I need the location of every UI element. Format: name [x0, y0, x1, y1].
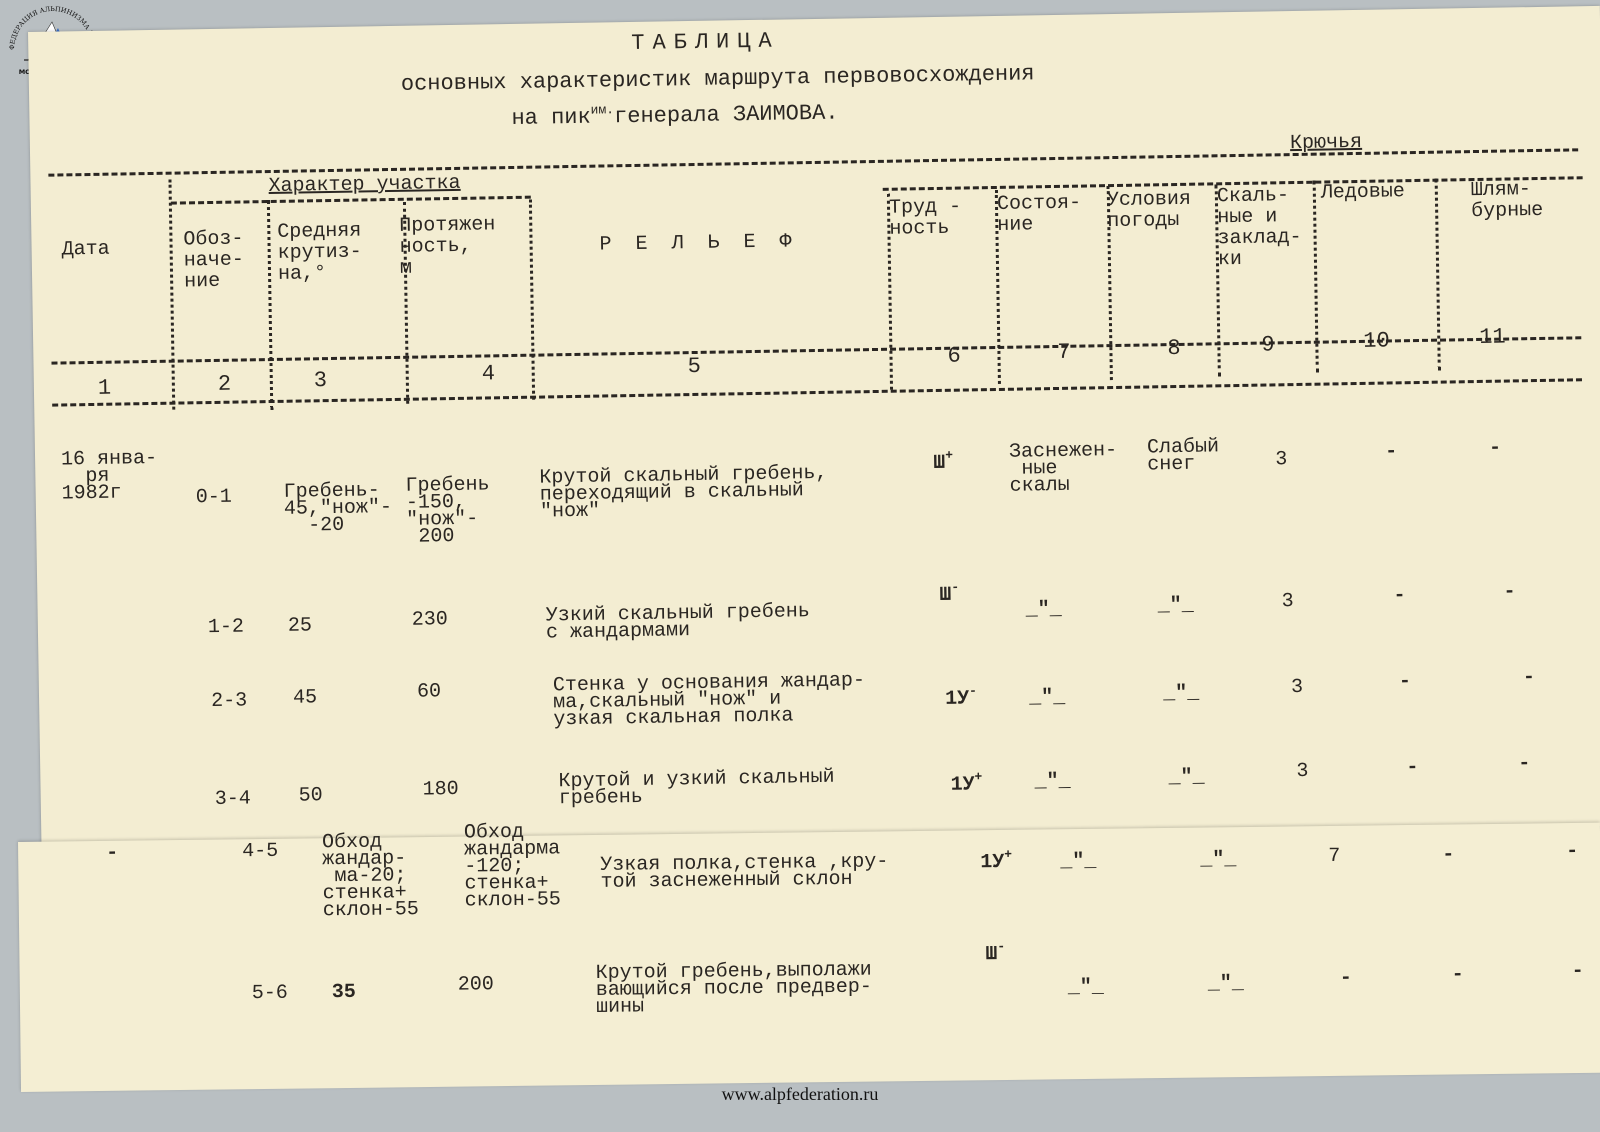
col-header-1: Дата: [61, 239, 109, 261]
cell-bolts: -: [1518, 755, 1530, 772]
document-subtitle-line2: на пиким.генерала ЗАИМОВА.: [511, 103, 838, 132]
col-number-8: 8: [1167, 339, 1181, 358]
col-number-10: 10: [1363, 331, 1390, 350]
cell-rock-pitons: 3: [1296, 763, 1308, 780]
table-row: 2-3 45 60 Стенка у основания жандар- ма,…: [28, 6, 1600, 32]
header-bottom-rule: [51, 336, 1581, 364]
col-header-10: Ледовые: [1321, 181, 1405, 203]
handwritten-insert: им.: [590, 102, 614, 117]
cell-length: 180: [422, 781, 458, 799]
cell-weather: Слабый снег: [1147, 438, 1220, 473]
document-sheet-top: ТАБЛИЦА основных характеристик маршрута …: [28, 6, 1600, 852]
col-number-3: 3: [314, 371, 328, 390]
col-number-4: 4: [482, 364, 496, 383]
cell-condition: _"_: [1026, 601, 1062, 619]
cell-relief: Стенка у основания жандар- ма,скальный "…: [553, 672, 866, 728]
column-numbers-bottom-rule: [52, 378, 1582, 406]
cell-difficulty: 1У+: [950, 776, 982, 795]
col-header-11: Шлям- бурные: [1471, 179, 1544, 222]
cell-ice-pitons: -: [1406, 759, 1418, 776]
cell-steepness: 25: [288, 617, 312, 634]
cell-date: 16 янва- ря 1982г: [61, 450, 158, 503]
col-header-8: Условия погоды: [1107, 189, 1192, 232]
cell-ice-pitons: -: [1399, 673, 1411, 690]
cell-length: Обход жандарма -120; стенка+ склон-55: [464, 823, 561, 909]
col-number-2: 2: [218, 375, 232, 394]
cell-relief: Крутой скальный гребень, переходящий в с…: [539, 465, 828, 521]
cell-relief: Узкий скальный гребень с жандармами: [546, 603, 811, 641]
col-number-5: 5: [687, 357, 701, 376]
cell-rock-pitons: 3: [1291, 679, 1303, 696]
col-header-4: Протяжен ность, м: [399, 214, 496, 279]
cell-bolts: -: [1572, 963, 1584, 980]
col-number-7: 7: [1057, 343, 1071, 362]
cell-length: 230: [412, 611, 448, 629]
cell-weather: _"_: [1163, 685, 1199, 703]
col-header-5: Р Е Л Ь Е Ф: [599, 231, 797, 255]
cell-ice-pitons: -: [1385, 443, 1397, 460]
cell-ice-pitons: -: [1452, 966, 1464, 983]
cell-relief: Крутой и узкий скальный гребень: [558, 769, 835, 808]
cell-length: 200: [458, 976, 494, 993]
cell-weather: _"_: [1168, 769, 1204, 787]
col-header-3: Средняя крутиз- на,°: [277, 221, 362, 285]
col-sep-4: [529, 200, 535, 400]
cell-steepness: 45: [293, 689, 317, 706]
cell-bolts: -: [1523, 669, 1535, 686]
col-number-11: 11: [1479, 328, 1506, 347]
cell-relief: Крутой гребень,выполажи вающийся после п…: [596, 962, 873, 1016]
col-number-6: 6: [947, 347, 961, 366]
cell-section: 5-6: [252, 985, 288, 1002]
table-row: 3-4 50 180 Крутой и узкий скальный гребе…: [28, 6, 1600, 32]
footer-url[interactable]: www.alpfederation.ru: [0, 1084, 1600, 1105]
cell-difficulty: Ш-: [985, 946, 1005, 964]
cell-steepness: 35: [332, 984, 356, 1001]
cell-section: 1-2: [208, 619, 244, 637]
cell-relief: Узкая полка,стенка ,кру- той заснеженный…: [600, 853, 888, 891]
col-sep-2: [267, 200, 273, 410]
document-title: ТАБЛИЦА: [631, 32, 780, 53]
cell-bolts: -: [1503, 583, 1515, 600]
col-sep-9: [1313, 181, 1319, 373]
table-row: 16 янва- ря 1982г 0-1 Гребень- 45,"нож"-…: [28, 6, 1600, 32]
cell-rock-pitons: 3: [1275, 451, 1287, 468]
group-rule-section: [171, 196, 531, 205]
cell-length: 60: [417, 683, 441, 700]
cell-rock-pitons: -: [1340, 970, 1352, 987]
cell-condition: _"_: [1068, 979, 1104, 996]
cell-section: 2-3: [211, 692, 247, 710]
group-header-section-character: Характер участка: [268, 173, 460, 197]
cell-steepness: Обход жандар- ма-20; стенка+ склон-55: [322, 833, 419, 919]
cell-section: 3-4: [215, 790, 251, 808]
cell-steepness: 50: [299, 787, 323, 804]
col-header-6: Труд - ность: [889, 197, 962, 240]
cell-bolts: -: [1566, 843, 1578, 860]
cell-bolts: -: [1489, 440, 1501, 457]
cell-section: 4-5: [242, 843, 278, 860]
cell-difficulty: Ш+: [933, 455, 953, 473]
cell-difficulty: 1У+: [980, 854, 1012, 872]
cell-weather: _"_: [1200, 851, 1236, 868]
table-row: 1-2 25 230 Узкий скальный гребень с жанд…: [28, 6, 1600, 32]
cell-condition: Заснежен- ные скалы: [1009, 442, 1118, 495]
cell-difficulty: Ш-: [939, 587, 959, 605]
col-header-9: Скаль- ные и заклад- ки: [1217, 185, 1302, 270]
col-header-7: Состоя- ние: [997, 193, 1082, 236]
col-number-9: 9: [1261, 335, 1275, 354]
cell-ice-pitons: -: [1393, 587, 1405, 604]
cell-condition: _"_: [1034, 773, 1070, 791]
col-sep-10: [1435, 179, 1441, 371]
cell-condition: _"_: [1029, 689, 1065, 707]
col-sep-1: [168, 180, 175, 410]
cell-ice-pitons: -: [1442, 846, 1454, 863]
document-subtitle-line1: основных характеристик маршрута первовос…: [401, 63, 1035, 96]
cell-difficulty: 1У-: [945, 690, 977, 709]
cell-length: Гребень -150, "нож"- 200: [405, 476, 490, 545]
cell-weather: _"_: [1158, 597, 1194, 615]
col-header-2: Обоз- наче- ние: [183, 228, 244, 292]
cell-weather: _"_: [1208, 975, 1244, 992]
col-number-1: 1: [98, 379, 112, 398]
cell-rock-pitons: 3: [1281, 593, 1293, 610]
document-sheet-bottom: - 4-5 Обход жандар- ма-20; стенка+ склон…: [18, 823, 1600, 1092]
cell-date: -: [106, 845, 118, 862]
cell-rock-pitons: 7: [1328, 848, 1340, 865]
cell-steepness: Гребень- 45,"нож"- -20: [284, 482, 393, 535]
cell-section: 0-1: [196, 489, 232, 507]
group-header-pitons: Крючья: [1290, 132, 1362, 154]
cell-condition: _"_: [1060, 853, 1096, 870]
